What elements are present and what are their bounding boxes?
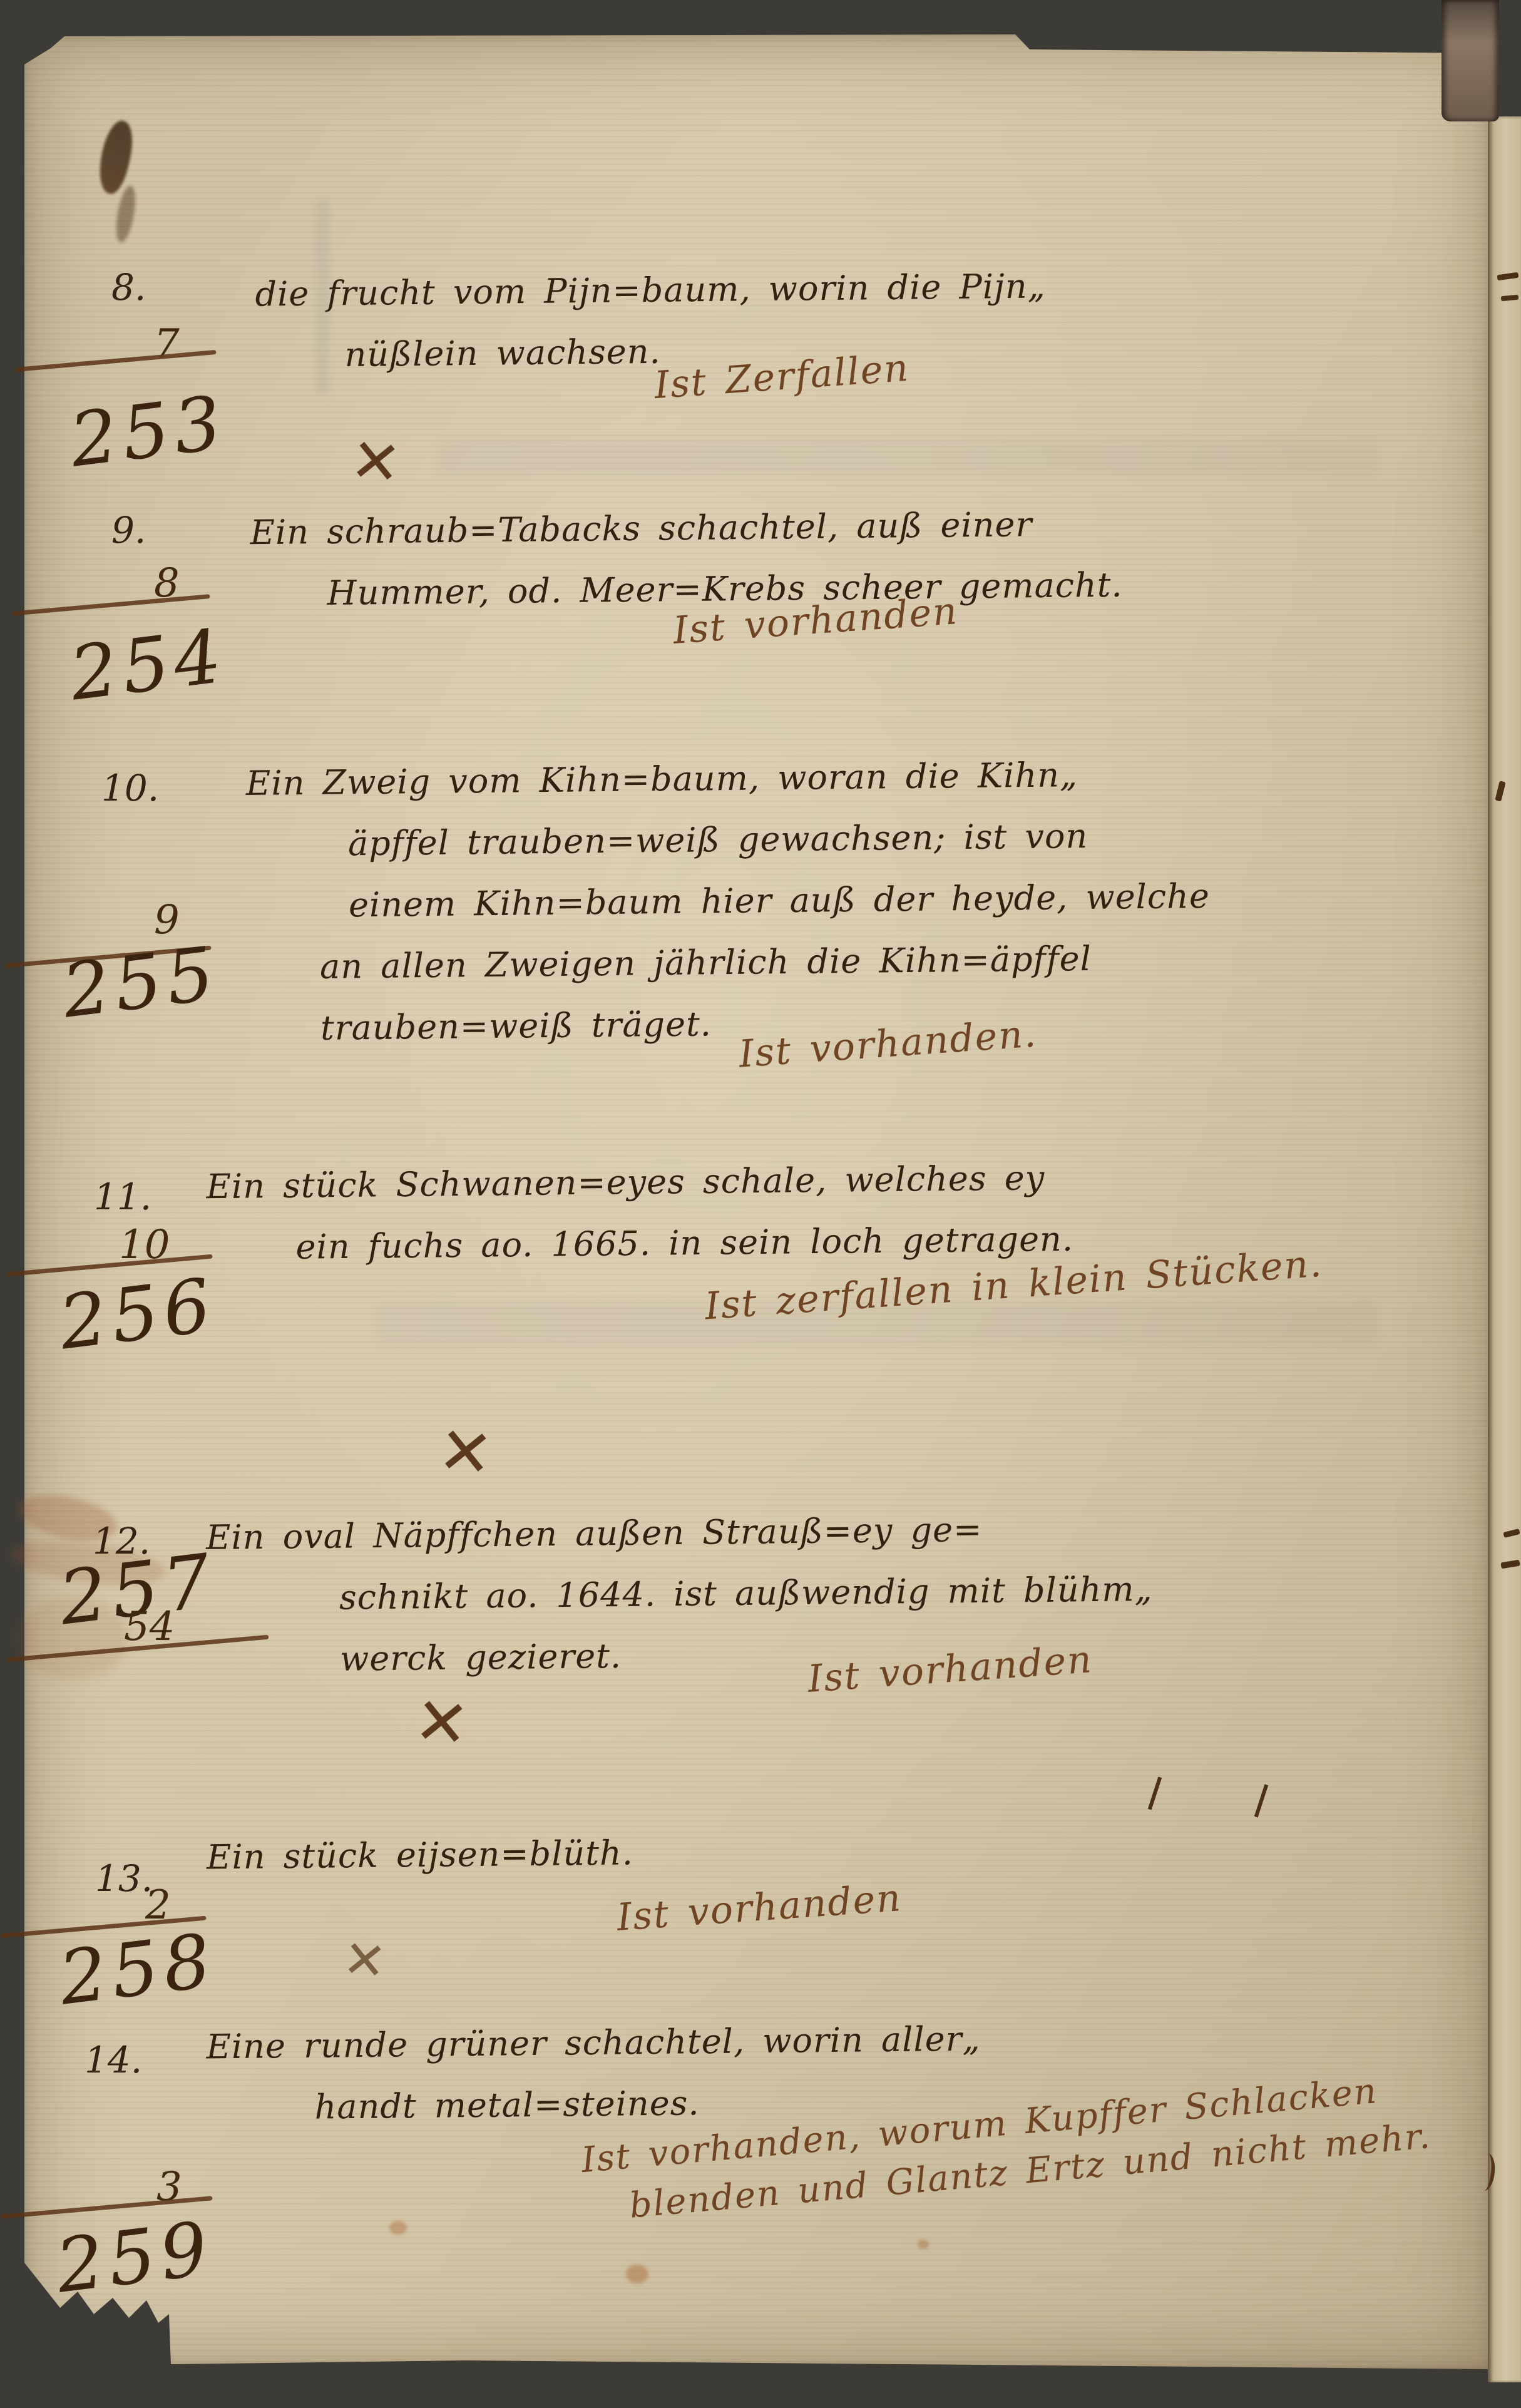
item-number: 11. [94, 1176, 151, 1218]
description-line: Ein stück Schwanen=eyes schale, welches … [206, 1147, 1073, 1217]
entry-description: Ein schraub=Tabacks schachtel, auß einer… [250, 493, 1123, 625]
margin-numbers: 10. 9 255 [0, 748, 238, 1073]
strike-line [11, 594, 210, 616]
item-number: 8. [111, 266, 146, 309]
description-line: die frucht vom Pijn=baum, worin die Pijn… [255, 255, 1046, 325]
stain [389, 2221, 407, 2235]
new-inventory-number: 255 [58, 930, 223, 1034]
x-mark: ✕ [435, 1417, 496, 1488]
description-line: einem Kihn=baum hier auß der heyde, welc… [349, 866, 1211, 936]
entry-description: Ein stück Schwanen=eyes schale, welches … [206, 1147, 1073, 1279]
new-inventory-number: 254 [66, 612, 231, 717]
item-number: 14. [84, 2039, 142, 2081]
old-inventory-number: 7 [154, 321, 180, 367]
margin-numbers: 11. 10 256 [0, 1152, 238, 1477]
description-line: Ein oval Näpffchen außen Strauß=ey ge= [206, 1497, 1152, 1569]
description-line: Eine runde grüner schachtel, worin aller… [206, 2009, 981, 2078]
strike-line [15, 350, 216, 372]
entry-description: die frucht vom Pijn=baum, worin die Pijn… [255, 255, 1047, 386]
description-line: Ein stück eijsen=blüth. [207, 1822, 634, 1888]
x-mark: ✕ [411, 1688, 473, 1758]
ink-bleedthrough [438, 438, 1377, 476]
margin-numbers: 12. 257 54 [0, 1502, 238, 1828]
next-page-fore-edge [1488, 116, 1521, 2382]
new-inventory-number: 259 [52, 2205, 217, 2309]
description-line: an allen Zweigen jährlich die Kihn=äpffe… [320, 927, 1211, 998]
stain [626, 2265, 648, 2283]
x-mark: ✕ [347, 429, 404, 494]
item-number: 10. [101, 767, 159, 809]
new-inventory-number: 258 [55, 1917, 220, 2021]
x-mark: ✕ [341, 1934, 389, 1989]
new-inventory-number: 253 [66, 379, 231, 483]
description-line: Ein Zweig vom Kihn=baum, woran die Kihn„ [245, 743, 1209, 814]
binding-strap [1442, 0, 1499, 121]
description-line: schnikt ao. 1644. ist außwendig mit blüh… [339, 1559, 1154, 1629]
description-line: Ein schraub=Tabacks schachtel, auß einer [250, 493, 1122, 564]
item-number: 9. [111, 509, 146, 551]
new-inventory-number: 256 [55, 1261, 220, 1366]
entry-description: Ein Zweig vom Kihn=baum, woran die Kihn„… [245, 743, 1211, 1060]
stain [918, 2240, 929, 2249]
margin-numbers: 14. 3 259 [0, 2012, 238, 2338]
manuscript-scan: { "page": { "x_mark_glyph": "✕", "colors… [0, 0, 1521, 2408]
description-line: äpffel trauben=weiß gewachsen; ist von [347, 804, 1209, 874]
entry-description: Ein stück eijsen=blüth. [207, 1822, 634, 1888]
item-number: 13. [95, 1857, 153, 1900]
